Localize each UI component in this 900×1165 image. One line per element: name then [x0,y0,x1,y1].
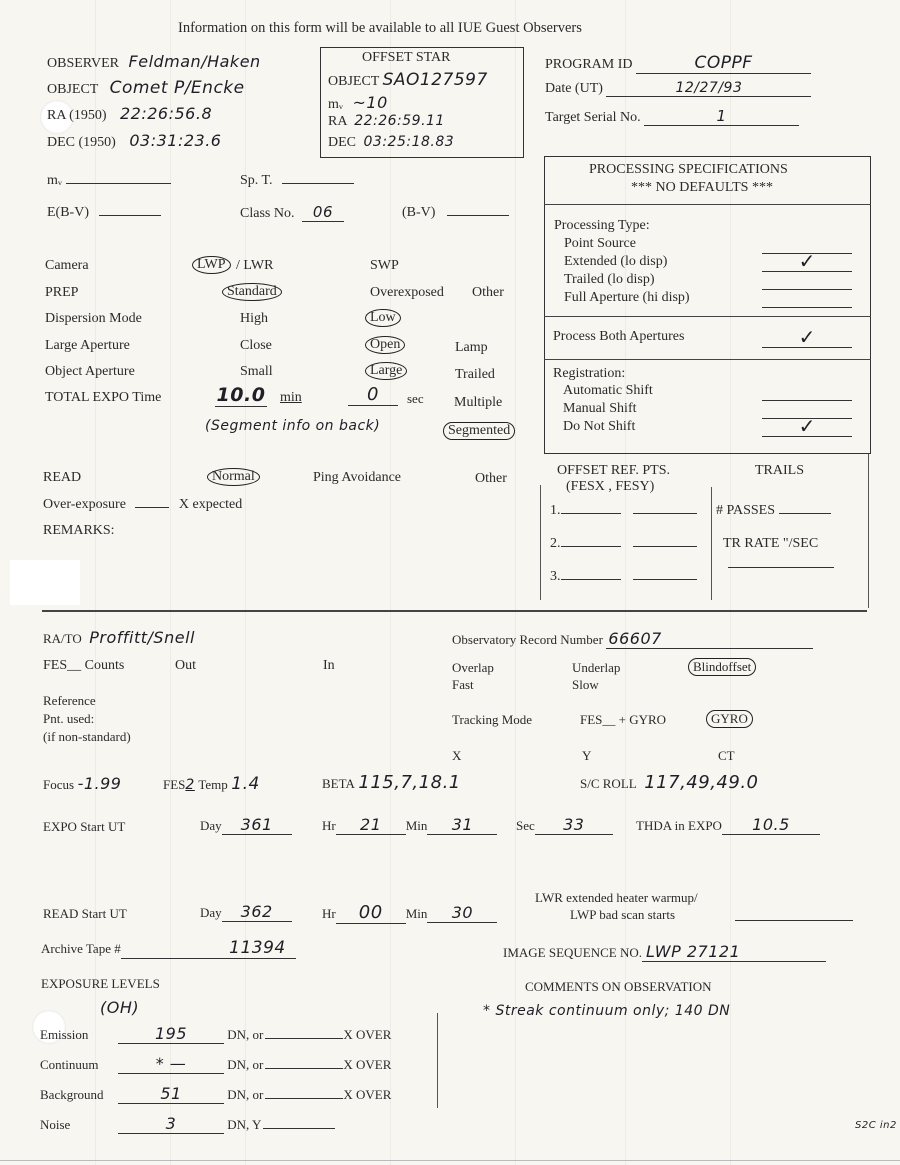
object-aperture-option-trailed[interactable]: Trailed [455,367,495,383]
day-label: Day [200,818,222,833]
offset-dec-row: DEC 03:25:18.83 [328,134,454,151]
processing-type-label: Processing Type: [554,218,650,234]
dn-label: DN, or [227,1087,263,1102]
mv-row: mᵥ [47,173,171,189]
expo-min-value[interactable]: 10.0 [215,384,267,407]
image-seq-row: IMAGE SEQUENCE NO.LWP 27121 [503,942,826,962]
observer-label: OBSERVER [47,56,119,71]
dispersion-label: Dispersion Mode [45,311,142,327]
date-value[interactable]: 12/27/93 [606,80,811,97]
fes-out-label: Out [175,658,196,674]
ct-label: CT [718,748,735,764]
record-row: Observatory Record Number 66607 [452,629,813,649]
exposure-value[interactable]: * — [118,1054,224,1074]
expo-sec-value[interactable]: 0 [348,384,398,406]
divider [544,359,871,360]
expo-start-label: EXPO Start UT [43,819,125,835]
processing-type-field[interactable] [762,275,852,290]
processing-type-label: Point Source [564,236,636,252]
spt-field[interactable] [282,183,354,184]
ref-point-index: 2. [550,536,561,551]
check-mark-icon: ✓ [799,249,816,273]
y-label: Y [582,748,591,764]
thda-label: THDA in EXPO [636,818,722,833]
mv-field[interactable] [66,183,171,184]
trails-title: TRAILS [755,463,804,479]
read-min-value[interactable]: 30 [427,903,497,923]
x-label: X [452,748,461,764]
bv-field[interactable] [447,215,509,216]
observer-value[interactable]: Feldman/Haken [129,52,261,71]
dn-label: DN, or [227,1057,263,1072]
registration-option-field[interactable] [762,386,852,401]
offset-mv-row: mᵥ ~10 [328,93,388,113]
exposure-row: Background51 DN, orX OVER [40,1084,391,1104]
read-day-row: Day362 [200,902,292,922]
read-option-ping[interactable]: Ping Avoidance [313,470,401,486]
offset-ra-row: RA 22:26:59.11 [328,113,445,130]
box-edge [540,485,541,600]
exposure-value[interactable]: 51 [118,1084,224,1104]
offset-object-value[interactable]: SAO127597 [383,70,488,90]
bv-row: (B-V) [402,205,509,221]
processing-type-label: Full Aperture (hi disp) [564,290,690,306]
y-field[interactable] [263,1128,335,1129]
registration-option-label: Do Not Shift [563,419,635,435]
prep-option-overexposed[interactable]: Overexposed [370,285,444,301]
comments-title: COMMENTS ON OBSERVATION [525,979,712,995]
read-start-label: READ Start UT [43,906,127,922]
tracking-option-gyro[interactable]: GYRO [706,710,753,728]
exposure-row: Emission195 DN, orX OVER [40,1024,391,1044]
fes-counts-label: FES__ Counts [43,658,124,674]
fesy-field[interactable] [633,513,697,514]
thda-value[interactable]: 10.5 [722,815,820,835]
rato-row: RA/TO Proffitt/Snell [43,628,195,648]
dec-label: DEC (1950) [47,135,116,150]
ra-value[interactable]: 22:26:56.8 [120,104,212,123]
spt-label: Sp. T. [240,173,273,188]
divider [544,316,871,317]
offset-object-label: OBJECT [328,74,379,89]
reference-label-2: Pnt. used: [43,711,94,727]
heater-label-2: LWP bad scan starts [570,907,675,923]
expo-hr-value[interactable]: 21 [336,815,406,835]
ghost-line [390,0,391,1165]
offset-ref-subtitle: (FESX , FESY) [566,479,654,495]
offset-mv-value[interactable]: ~10 [353,93,388,112]
emission-note: (OH) [100,998,139,1017]
record-label: Observatory Record Number [452,632,603,647]
dn-label: DN, Y [227,1117,261,1132]
large-aperture-option-lamp[interactable]: Lamp [455,340,488,356]
prep-option-standard[interactable]: Standard [222,283,282,301]
offset-star-title: OFFSET STAR [362,50,450,66]
object-aperture-option-large[interactable]: Large [365,362,407,380]
date-row: Date (UT) 12/27/93 [545,80,811,97]
overlap-option[interactable]: Overlap [452,660,494,676]
underlap-option[interactable]: Underlap [572,660,620,676]
passes-field[interactable] [779,513,831,514]
record-value[interactable]: 66607 [606,629,813,649]
beta-row: BETA 115,7,18.1 [322,772,461,793]
fesx-field[interactable] [561,513,621,514]
over-label: X OVER [343,1057,391,1072]
offset-ref-title: OFFSET REF. PTS. [557,463,670,479]
read-option-other[interactable]: Other [475,471,507,487]
fes-temp-row: FES2 Temp 1.4 [163,774,260,794]
focus-value[interactable]: -1.99 [78,774,122,793]
temp-label: Temp [198,777,227,792]
processing-type-field[interactable]: ✓ [762,257,852,272]
over-field[interactable] [265,1068,343,1069]
hr-label: Hr [322,818,336,833]
check-mark-icon: ✓ [799,325,816,349]
overexposure-label: Over-exposure [43,497,126,512]
date-label: Date (UT) [545,81,603,96]
remarks-label: REMARKS: [43,523,115,539]
large-aperture-label: Large Aperture [45,338,130,354]
min-label: Min [406,818,428,833]
passes-label: # PASSES [716,503,775,518]
beta-value[interactable]: 115,7,18.1 [358,772,460,793]
expo-min-value[interactable]: 31 [427,815,497,835]
mv-label: mᵥ [47,173,62,188]
over-label: X OVER [343,1027,391,1042]
spt-row: Sp. T. [240,173,354,189]
rato-value[interactable]: Proffitt/Snell [89,628,195,647]
min-label: Min [406,906,428,921]
observer-row: OBSERVER Feldman/Haken [47,52,261,72]
offset-dec-label: DEC [328,135,356,150]
object-aperture-option-small[interactable]: Small [240,364,273,380]
processing-type-label: Trailed (lo disp) [564,272,654,288]
class-row: Class No. 06 [240,203,344,222]
ebv-field[interactable] [99,215,161,216]
archive-value[interactable]: 11394 [121,938,296,959]
archive-label: Archive Tape # [41,941,121,956]
rato-label: RA/TO [43,631,82,646]
focus-label: Focus [43,777,74,792]
box-edge [711,487,712,600]
day-label: Day [200,905,222,920]
class-value[interactable]: 06 [302,203,344,222]
process-both-label: Process Both Apertures [553,329,684,345]
processing-subtitle: *** NO DEFAULTS *** [631,180,773,196]
dispersion-option-low[interactable]: Low [365,309,401,327]
processing-type-label: Extended (lo disp) [564,254,667,270]
expo-multiple-option[interactable]: Multiple [454,395,502,411]
sec-label: Sec [516,818,535,833]
fesy-field[interactable] [633,579,697,580]
hr-label: Hr [322,906,336,921]
process-both-field[interactable]: ✓ [762,333,852,348]
object-label: OBJECT [47,82,98,97]
exposure-row: Noise3 DN, Y [40,1114,335,1134]
exposure-row: Continuum* — DN, orX OVER [40,1054,391,1074]
exposure-value[interactable]: 3 [118,1114,224,1134]
over-field[interactable] [265,1038,343,1039]
box-edge [868,454,869,608]
exposure-label: Emission [40,1027,118,1043]
camera-option-lwr[interactable]: / LWR [236,258,273,274]
ref-point-index: 3. [550,569,561,584]
serial-label: Target Serial No. [545,110,641,125]
slow-option[interactable]: Slow [572,677,599,693]
registration-option-label: Automatic Shift [563,383,653,399]
registration-label: Registration: [553,366,625,382]
processing-title: PROCESSING SPECIFICATIONS [589,162,788,178]
overexposure-row: Over-exposure X expected [43,497,242,513]
fast-option[interactable]: Fast [452,677,474,693]
page-edge [0,1160,900,1161]
dec-row: DEC (1950) 03:31:23.6 [47,131,221,151]
archive-row: Archive Tape #11394 [41,938,296,959]
temp-value[interactable]: 1.4 [231,774,260,794]
segment-note: (Segment info on back) [205,418,380,434]
bv-label: (B-V) [402,205,435,220]
reference-label-3: (if non-standard) [43,729,131,745]
expo-min-unit: min [280,390,302,406]
roll-row: S/C ROLL 117,49,49.0 [580,772,759,793]
fesy-field[interactable] [633,546,697,547]
exposure-label: Background [40,1087,118,1103]
offset-object-row: OBJECT SAO127597 [328,70,488,90]
serial-value[interactable]: 1 [644,107,799,126]
large-aperture-option-open[interactable]: Open [365,336,405,354]
prep-option-other[interactable]: Other [472,285,504,301]
exposure-levels-title: EXPOSURE LEVELS [41,976,160,992]
camera-option-swp[interactable]: SWP [370,258,399,274]
beta-label: BETA [322,776,355,791]
read-option-normal[interactable]: Normal [207,468,260,486]
offset-dec-value[interactable]: 03:25:18.83 [364,134,455,150]
read-day-value[interactable]: 362 [222,902,292,922]
expo-time-label: TOTAL EXPO Time [45,390,161,406]
expo-day-row: Day361 [200,815,292,835]
ref-point-row: 1. [550,503,697,519]
exposure-value[interactable]: 195 [118,1024,224,1044]
heater-field[interactable] [735,904,853,921]
ra-row: RA (1950) 22:26:56.8 [47,104,212,124]
divider [544,204,871,205]
fes-in-label: In [323,658,335,674]
corner-note: S2C in2 [855,1120,897,1131]
class-label: Class No. [240,206,294,221]
dispersion-option-high[interactable]: High [240,311,268,327]
exposure-label: Noise [40,1117,118,1133]
registration-option-label: Manual Shift [563,401,637,417]
tracking-mode-label: Tracking Mode [452,712,532,728]
large-aperture-option-close[interactable]: Close [240,338,272,354]
overexposure-field[interactable] [135,507,169,508]
ref-point-row: 3. [550,569,697,585]
program-id-value[interactable]: COPPF [636,53,811,74]
ref-point-row: 2. [550,536,697,552]
roll-value[interactable]: 117,49,49.0 [644,772,758,793]
ra-label: RA (1950) [47,108,107,123]
fesx-field[interactable] [561,546,621,547]
fesx-field[interactable] [561,579,621,580]
serial-row: Target Serial No. 1 [545,107,799,126]
tr-rate-field[interactable] [728,567,834,568]
object-value[interactable]: Comet P/Encke [110,78,245,98]
read-label: READ [43,470,81,486]
box-edge [437,1013,438,1108]
form-notice: Information on this form will be availab… [178,20,582,37]
expo-sec-row: Sec33 [516,815,613,835]
focus-row: Focus -1.99 [43,774,121,794]
passes-row: # PASSES [716,503,831,519]
check-mark-icon: ✓ [799,414,816,438]
expo-day-value[interactable]: 361 [222,815,292,835]
ghost-line [515,0,516,1165]
blindoffset-option[interactable]: Blindoffset [688,658,756,676]
registration-option-field[interactable]: ✓ [762,422,852,437]
image-seq-label: IMAGE SEQUENCE NO. [503,945,642,960]
offset-ra-label: RA [328,114,347,129]
fes-number[interactable]: 2 [185,777,194,793]
comments-text[interactable]: * Streak continuum only; 140 DN [483,1003,730,1019]
read-time-row: Hr00Min30 [322,902,497,924]
processing-type-field[interactable] [762,293,852,308]
object-row: OBJECT Comet P/Encke [47,78,245,98]
image-seq-value[interactable]: LWP 27121 [642,942,826,962]
roll-label: S/C ROLL [580,776,637,791]
redacted-area [10,560,80,605]
reference-label-1: Reference [43,693,96,709]
prep-label: PREP [45,285,78,301]
ref-point-index: 1. [550,503,561,518]
overexposure-suffix: X expected [179,497,242,512]
thda-row: THDA in EXPO10.5 [636,815,820,835]
fes-temp-label: FES [163,777,185,792]
section-divider [42,610,867,612]
dec-value[interactable]: 03:31:23.6 [129,131,221,150]
camera-label: Camera [45,258,89,274]
object-aperture-label: Object Aperture [45,364,135,380]
program-id-row: PROGRAM ID COPPF [545,53,811,74]
tracking-option-fes-gyro[interactable]: FES__ + GYRO [580,712,666,728]
ebv-label: E(B-V) [47,205,89,220]
over-label: X OVER [343,1087,391,1102]
program-id-label: PROGRAM ID [545,57,633,72]
expo-segmented-option[interactable]: Segmented [443,422,515,440]
expo-sec-value[interactable]: 33 [535,815,613,835]
camera-option-lwp[interactable]: LWP [192,256,231,274]
offset-ra-value[interactable]: 22:26:59.11 [354,113,445,129]
tr-rate-label: TR RATE "/SEC [723,536,818,552]
exposure-label: Continuum [40,1057,118,1073]
expo-sec-unit: sec [407,391,424,407]
offset-mv-label: mᵥ [328,97,343,112]
expo-hr-row: Hr21Min31 [322,815,497,835]
ebv-row: E(B-V) [47,205,161,221]
heater-label-1: LWR extended heater warmup/ [535,890,698,906]
dn-label: DN, or [227,1027,263,1042]
over-field[interactable] [265,1098,343,1099]
read-hr-value[interactable]: 00 [336,902,406,924]
